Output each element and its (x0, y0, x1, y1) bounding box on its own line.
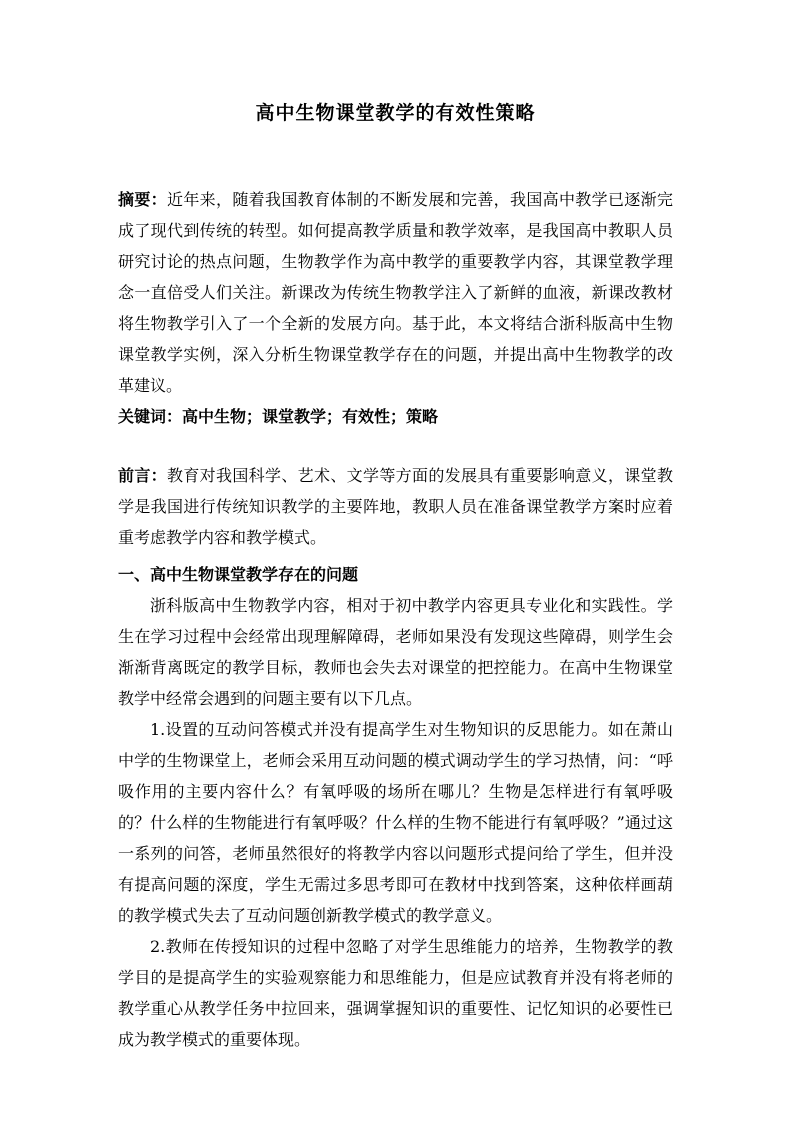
section1-paragraph-1: 浙科版高中生物教学内容，相对于初中教学内容更具专业化和实践性。学生在学习过程中会… (118, 590, 673, 714)
foreword-label: 前言： (118, 466, 167, 485)
foreword-text: 教育对我国科学、艺术、文学等方面的发展具有重要影响意义，课堂教学是我国进行传统知… (118, 466, 673, 547)
keywords-paragraph: 关键词：高中生物；课堂教学；有效性；策略 (118, 401, 673, 432)
abstract-text: 近年来，随着我国教育体制的不断发展和完善，我国高中教学已逐渐完成了现代到传统的转… (118, 190, 673, 395)
section1-paragraph-3: 2.教师在传授知识的过程中忽略了对学生思维能力的培养，生物教学的教学目的是提高学… (118, 931, 673, 1055)
section1-paragraph-2: 1.设置的互动问答模式并没有提高学生对生物知识的反思能力。如在萧山中学的生物课堂… (118, 714, 673, 931)
section1-heading: 一、高中生物课堂教学存在的问题 (118, 559, 673, 590)
document-title: 高中生物课堂教学的有效性策略 (118, 100, 673, 126)
keywords-label: 关键词： (118, 407, 182, 426)
foreword-paragraph: 前言：教育对我国科学、艺术、文学等方面的发展具有重要影响意义，课堂教学是我国进行… (118, 460, 673, 553)
blank-line-separator (118, 432, 673, 460)
document-page: 高中生物课堂教学的有效性策略 摘要：近年来，随着我国教育体制的不断发展和完善，我… (0, 0, 793, 1122)
abstract-label: 摘要： (118, 190, 167, 209)
abstract-paragraph: 摘要：近年来，随着我国教育体制的不断发展和完善，我国高中教学已逐渐完成了现代到传… (118, 184, 673, 401)
keywords-text: 高中生物；课堂教学；有效性；策略 (182, 407, 438, 426)
document-content: 高中生物课堂教学的有效性策略 摘要：近年来，随着我国教育体制的不断发展和完善，我… (0, 0, 793, 1055)
